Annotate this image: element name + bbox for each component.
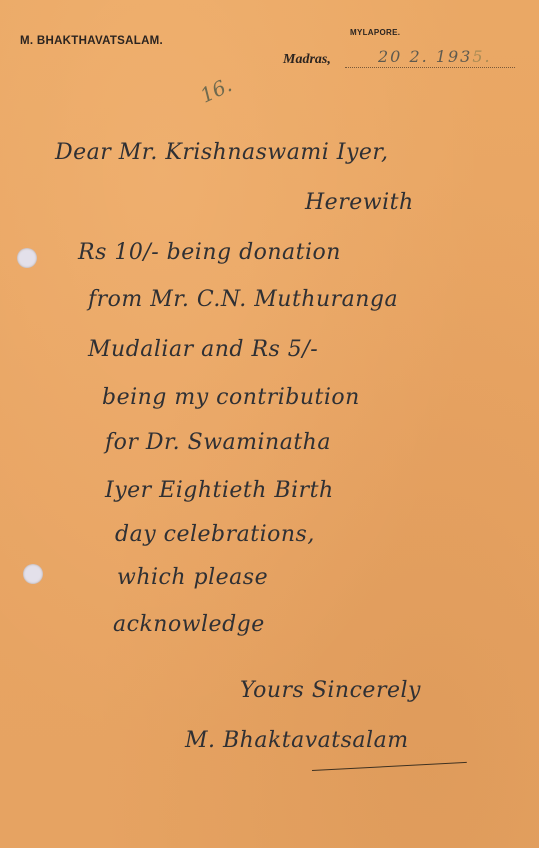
- date-dotted-line: [345, 67, 515, 68]
- body-line: acknowledge: [113, 612, 265, 637]
- signature-underline: [312, 762, 467, 771]
- body-line: Rs 10/- being donation: [78, 240, 341, 265]
- closing: Yours Sincerely: [240, 678, 421, 703]
- signature: M. Bhaktavatsalam: [185, 728, 409, 753]
- body-line: from Mr. C.N. Muthuranga: [88, 287, 398, 312]
- letterhead-sender-name: M. BHAKTHAVATSALAM.: [20, 35, 163, 47]
- body-line: for Dr. Swaminatha: [105, 430, 331, 455]
- letter-date: 20 2. 1935.: [378, 47, 492, 66]
- punch-hole-bottom: [23, 564, 43, 584]
- body-line: day celebrations,: [115, 522, 315, 547]
- letter-page: M. BHAKTHAVATSALAM. MYLAPORE. Madras, 20…: [0, 0, 539, 848]
- body-line: which please: [117, 565, 268, 590]
- body-line: being my contribution: [102, 385, 360, 410]
- body-line: Herewith: [305, 190, 414, 215]
- letterhead-place: MYLAPORE.: [350, 28, 400, 37]
- letterhead-city: Madras,: [283, 52, 331, 68]
- body-line: Mudaliar and Rs 5/-: [88, 337, 318, 362]
- letter-date-main: 20 2. 193: [378, 47, 472, 66]
- archive-page-number: 16.: [196, 72, 235, 107]
- body-line: Iyer Eightieth Birth: [105, 478, 334, 503]
- salutation: Dear Mr. Krishnaswami Iyer,: [55, 140, 389, 165]
- letter-date-year-end: 5.: [472, 47, 491, 66]
- punch-hole-top: [17, 248, 37, 268]
